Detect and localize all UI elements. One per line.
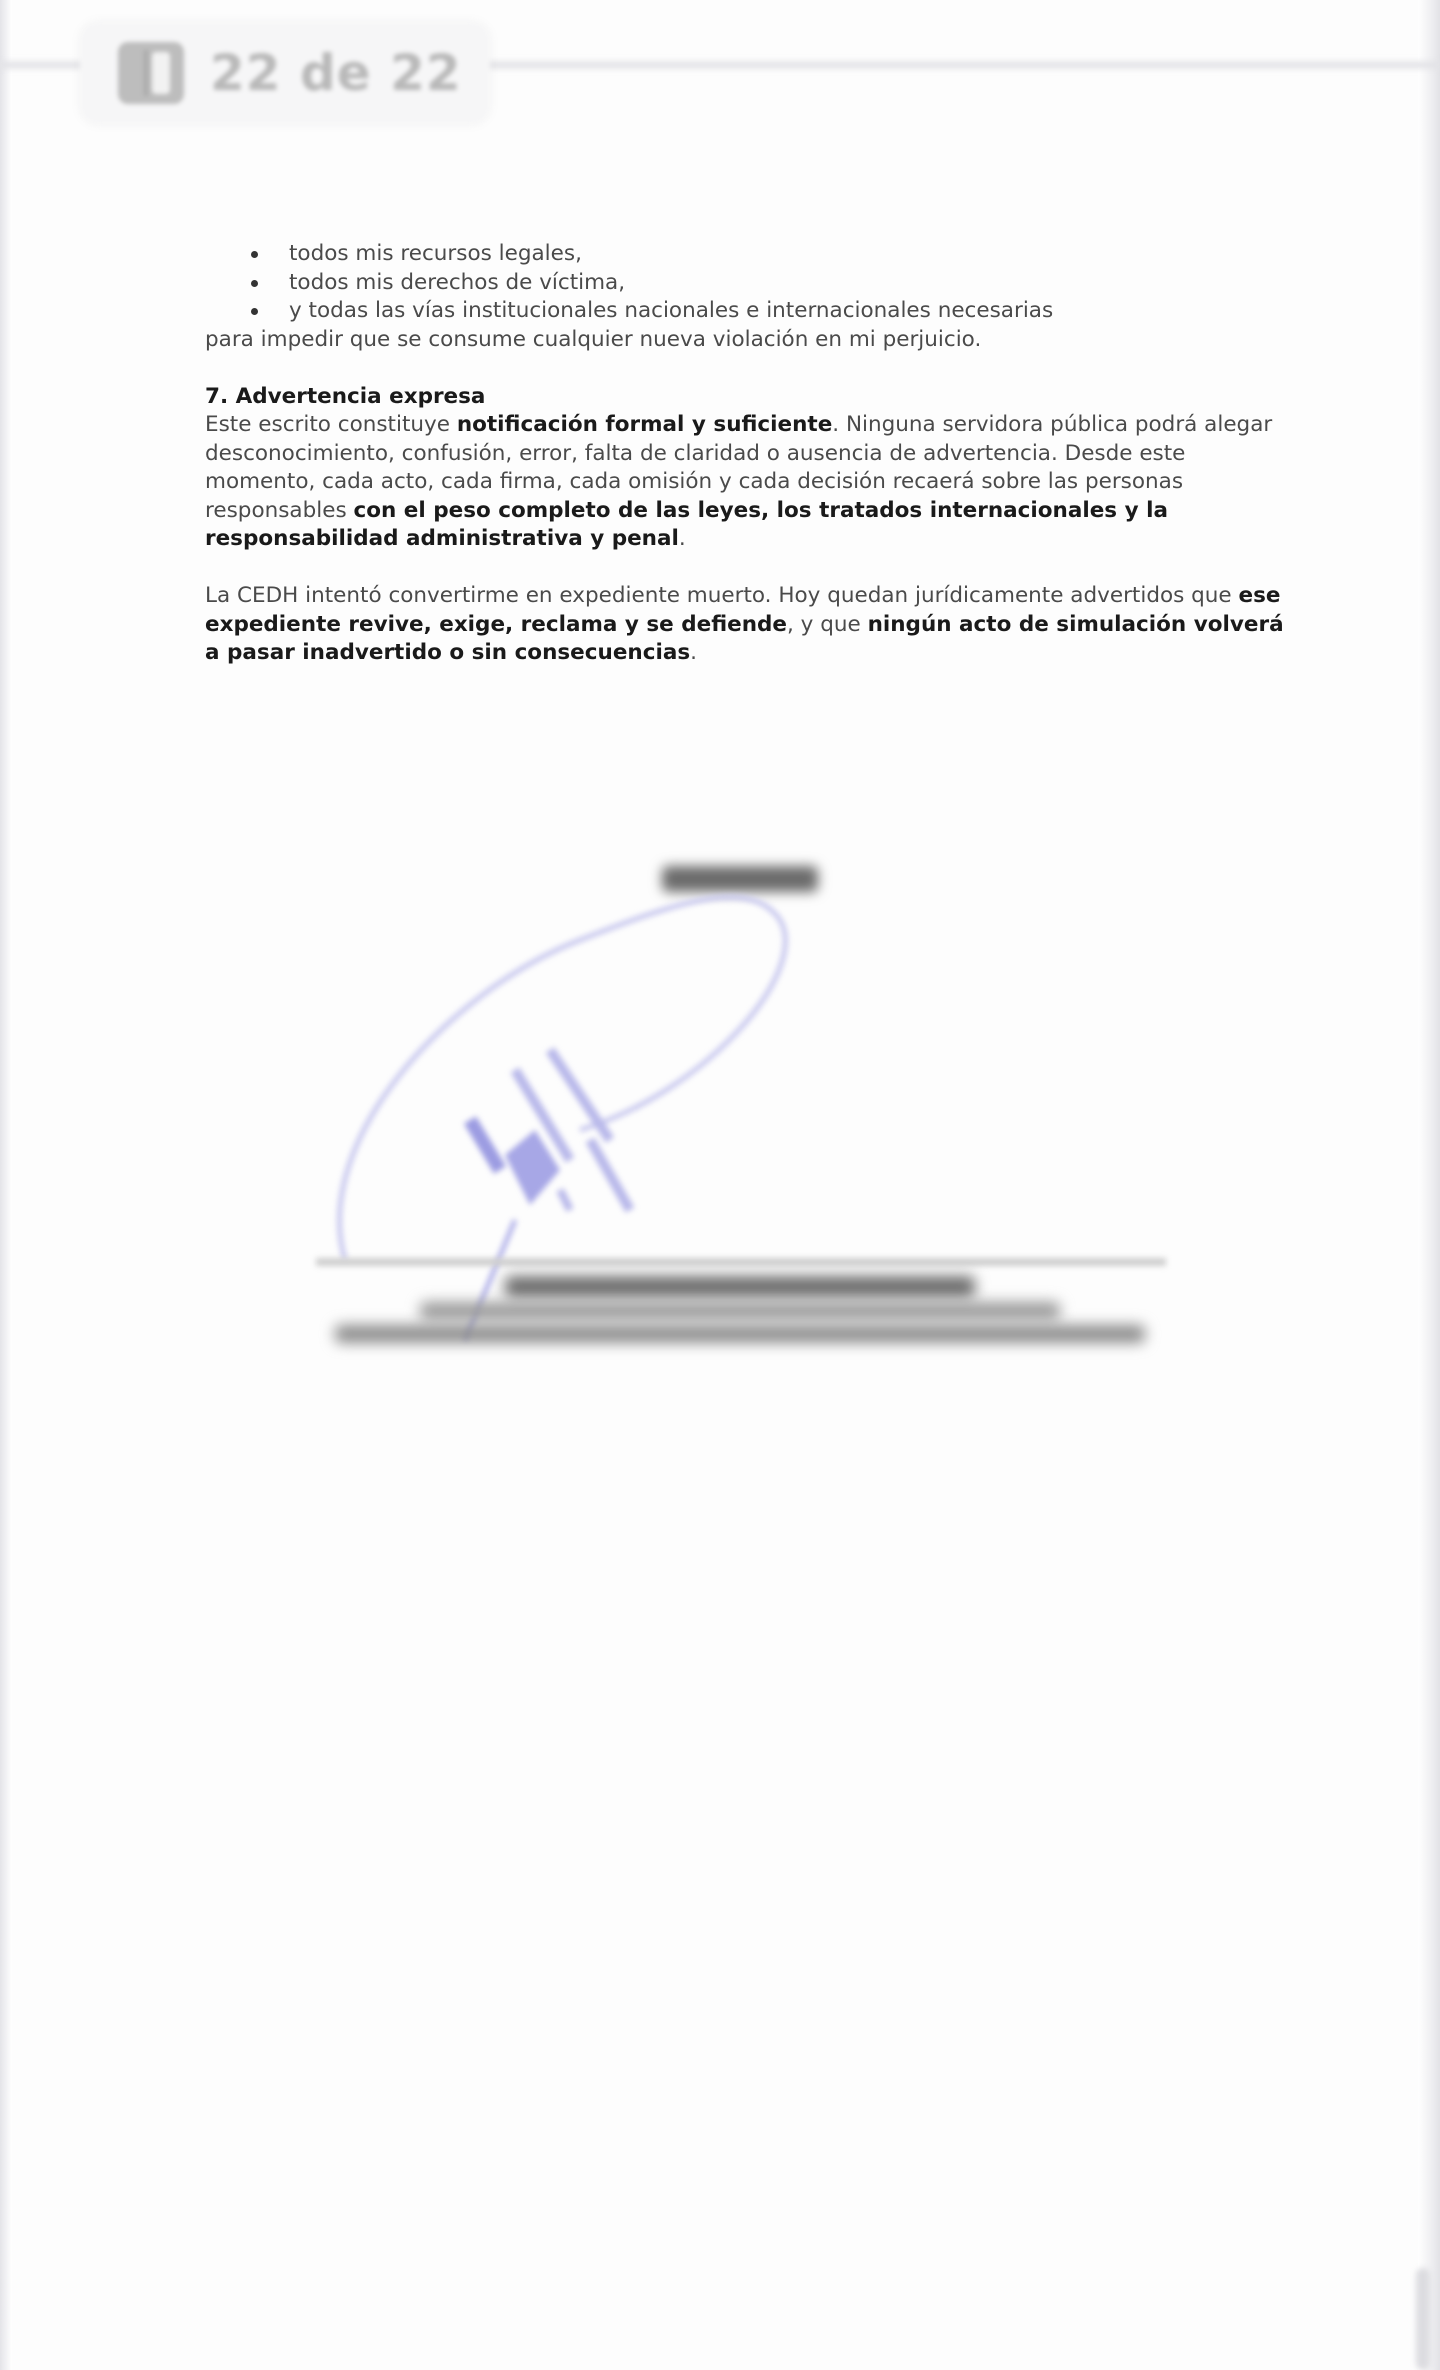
list-item: todos mis recursos legales, (205, 240, 1285, 269)
document-viewer: 22 de 22 todos mis recursos legales, tod… (0, 0, 1440, 2370)
section-heading: 7. Advertencia expresa (205, 383, 1285, 412)
closing-paragraph: La CEDH intentó convertirme en expedient… (205, 582, 1285, 668)
page-count: 22 de 22 (210, 44, 462, 102)
list-item: y todas las vías institucionales naciona… (205, 297, 1285, 326)
redacted-signer-name (505, 1276, 975, 1298)
signature-line (316, 1258, 1166, 1266)
redacted-signer-organization (335, 1325, 1145, 1343)
redacted-signer-role (420, 1302, 1060, 1320)
rights-list: todos mis recursos legales, todos mis de… (205, 240, 1285, 326)
vertical-scrollbar-thumb[interactable] (1416, 2268, 1430, 2370)
document-page-content: todos mis recursos legales, todos mis de… (205, 240, 1285, 668)
page-indicator[interactable]: 22 de 22 (80, 22, 490, 124)
section-paragraph: Este escrito constituye notificación for… (205, 411, 1285, 554)
signature-block (0, 840, 1440, 1360)
list-continuation: para impedir que se consume cualquier nu… (205, 326, 1285, 355)
sidebar-toggle-icon[interactable] (118, 42, 184, 104)
list-item: todos mis derechos de víctima, (205, 269, 1285, 298)
